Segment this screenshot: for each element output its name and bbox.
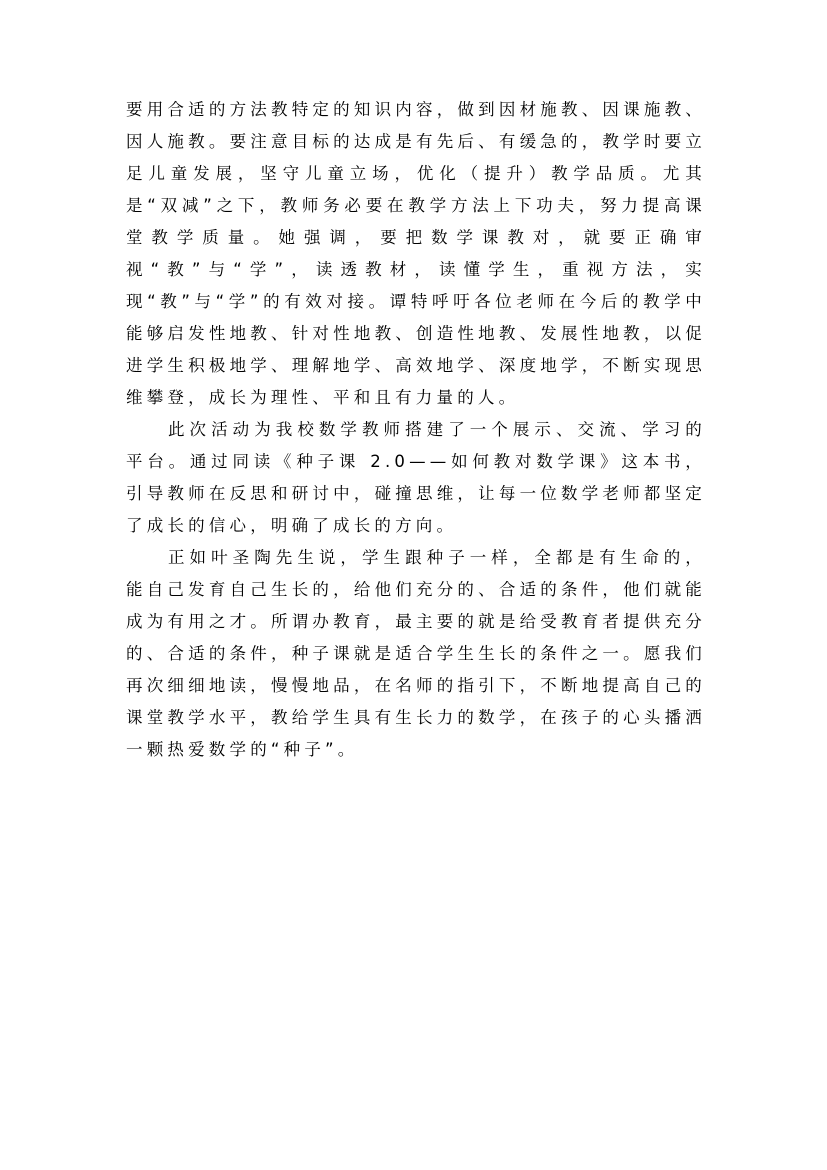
paragraph-teaching-methods: 要用合适的方法教特定的知识内容，做到因材施教、因课施教、因人施教。要注意目标的达… xyxy=(126,94,706,414)
paragraph-activity-summary: 此次活动为我校数学教师搭建了一个展示、交流、学习的平台。通过同读《种子课 2.0… xyxy=(126,414,706,542)
paragraph-closing-quote: 正如叶圣陶先生说，学生跟种子一样，全都是有生命的，能自己发育自己生长的，给他们充… xyxy=(126,542,706,766)
document-page: 要用合适的方法教特定的知识内容，做到因材施教、因课施教、因人施教。要注意目标的达… xyxy=(126,94,706,766)
